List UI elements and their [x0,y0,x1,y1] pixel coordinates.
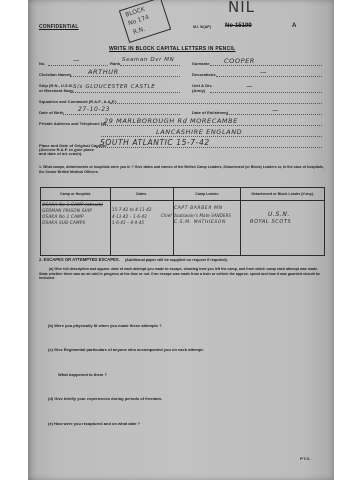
decorations-label: Decorations [192,72,216,77]
ship-line [70,92,180,93]
capture-label-3: and date of a/c crash). [39,151,82,156]
question-c: (c) Give Regimental particulars of anyon… [48,347,204,352]
block-stamp: BLOCK No 174 R.N. [119,0,171,43]
stamp-line-3: R.N. [132,26,146,36]
form-page: NIL BLOCK No 174 R.N. CONFIDENTIAL M.I. … [28,0,334,480]
ship-label-2: or Merchant Navy [39,88,73,93]
section2-heading: 2. ESCAPES OR ATTEMPTED ESCAPES. (Additi… [39,257,228,262]
capture-value: SOUTH ATLANTIC 15-7-42 [100,138,210,147]
form-number-struck: No 15199 [225,23,252,29]
address-value-1: 29 MARLBOROUGH Rd MORECAMBE [104,117,238,125]
row3-detachment: ROYAL SCOTS [250,219,291,225]
row1-dates: 15-7-42 to 4-11-42 [112,207,152,212]
row3-dates: 1-6-43 – 8-9-45 [112,220,144,225]
enlistment-label: Date of Enlistment [192,110,228,115]
question-b: (b) Were you physically fit when you mad… [48,323,162,328]
classification-label: CONFIDENTIAL [39,24,79,30]
no-label: No. [39,61,46,66]
decorations-value: — [260,68,267,76]
rank-label: Rank [110,61,120,66]
header-camp: Camp or Hospital. [41,188,111,201]
question-d: (d) Give briefly your experiences during… [48,396,162,401]
form-number-label: M.I. 9/(AP) [193,25,211,29]
row2-leader: Chief Boatswain's Mate SANDERS [161,213,231,218]
struck-entry: OSAKA No 1 CAMP (struck) [42,202,103,207]
address-label: Private Address and Telephone No. [39,121,108,126]
dob-label: Date of Birth [39,110,64,115]
dob-line [63,114,180,115]
dob-value: 27-10-23 [78,106,110,113]
squadron-label: Squadron and Command (R.A.F., A.A.F.) [39,99,116,104]
no-value: — [73,56,80,64]
enlistment-value: — [272,106,279,114]
handwritten-nil: NIL [228,0,255,16]
table-header-row: Camp or Hospital. Dates. Camp Leader. De… [41,188,325,201]
squadron-line [110,103,322,104]
surname-line [210,65,322,66]
christian-names-value: ARTHUR [88,68,119,76]
question-e: (e) How were you recaptured and on what … [48,421,140,426]
enlistment-line [226,114,322,115]
form-suffix: A [292,23,296,29]
surname-value: COOPER [224,57,255,65]
row2-camp: OSAKA No 1 CAMP [42,214,84,219]
row2-dates: 4-11-42 – 1-6-43 [112,214,147,219]
row3-camp: OSAKA SUB-CAMPS [42,220,85,225]
row2-detachment: U.S.N. [268,211,290,218]
header-dates: Dates. [110,188,173,201]
row3-leader: C.S.M. MATHIESON [174,220,226,225]
header-leader: Camp Leader. [173,188,241,201]
ship-value: S/s GLOUCESTER CASTLE [73,84,155,90]
question-c2: What happened to them ? [58,372,107,377]
section1-question: 1. What camps, detachments or hospitals … [39,165,325,174]
surname-label: Surname [192,61,209,66]
christian-names-line [70,76,180,77]
unit-line [210,92,322,93]
instruction-heading: WRITE IN BLOCK CAPITAL LETTERS IN PENCIL [109,46,236,52]
decorations-line [216,76,322,77]
capture-line [96,147,322,148]
row1-camp: GERMAN PRISON SHIP [42,208,92,213]
address-value-2: LANCASHIRE ENGLAND [156,128,242,136]
row1-leader: CAPT BARBER MN [174,206,223,211]
christian-names-label: Christian Names [39,72,71,77]
section2-title: 2. ESCAPES OR ATTEMPTED ESCAPES. [39,257,120,262]
pto-label: P.T.O. [300,456,311,461]
question-a: (a) Give full description and approx. da… [39,267,325,281]
detachment-cell [241,201,325,256]
header-detachment: Detachment or Block Leader (if any). [241,188,325,201]
unit-label-2: (Army) [192,88,205,93]
address-line-2 [101,136,322,137]
address-line-1 [101,125,322,126]
rank-line [120,65,180,66]
section2-note: (Additional paper will be supplied on re… [125,258,228,262]
unit-value: — [246,82,253,90]
rank-value: Seaman Dvr MN [122,57,174,63]
no-line [48,65,108,66]
